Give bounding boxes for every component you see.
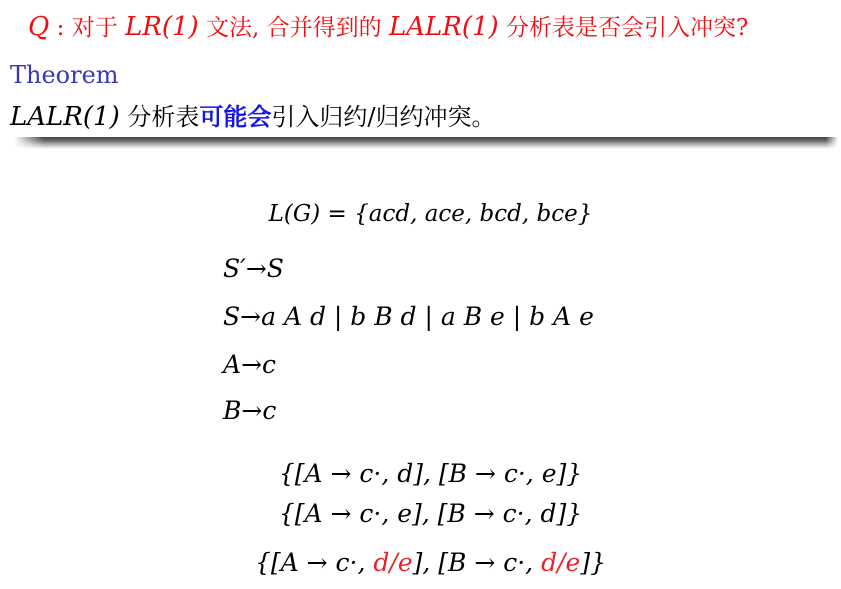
arrow-glyph: → [241,396,262,425]
separator-rule [14,137,838,149]
arrow-glyph: → [246,254,267,283]
rule-rhs: S [267,254,284,283]
question-label: Q [28,12,49,42]
theorem-text-pre: 分析表 [120,103,200,131]
conflict-lookahead-1: d/e [373,548,412,577]
conflict-part-3: ]} [580,548,606,577]
rule-rhs: c [262,350,276,379]
item-set-merged-2: {[A → c·, e], [B → c·, d]} [10,499,841,528]
item-set-merged-1: {[A → c·, d], [B → c·, e]} [10,459,841,488]
rule-lhs: S′ [223,254,246,283]
grammar-rule-b: B→c [223,396,276,425]
theorem-title: Theorem [10,61,119,89]
grammar-rule-s: S→a A d | b B d | a B e | b A e [223,302,594,331]
conflict-part-1: {[A → c·, [255,548,373,577]
grammar-rule-a: A→c [223,350,276,379]
question-math-lalr1: LALR(1) [389,12,499,42]
question-text-2: 文法, 合并得到的 [199,15,389,41]
theorem-text-post: 引入归约/归约冲突。 [271,103,495,131]
language-equation: L(G) = {acd, ace, bcd, bce} [10,201,841,227]
question-separator: : [49,15,71,41]
theorem-body: LALR(1) 分析表可能会引入归约/归约冲突。 [10,97,495,132]
grammar-rule-start: S′→S [223,254,284,283]
rule-lhs: S [223,302,240,331]
rule-lhs: A [223,350,241,379]
slide-root: Q : 对于 LR(1) 文法, 合并得到的 LALR(1) 分析表是否会引入冲… [0,0,841,589]
theorem-math-lalr1: LALR(1) [10,102,120,132]
arrow-glyph: → [241,350,262,379]
conflict-part-2: ], [B → c·, [413,548,541,577]
question-text-3: 分析表是否会引入冲突? [499,15,749,41]
conflict-lookahead-2: d/e [541,548,580,577]
item-set-conflict: {[A → c·, d/e], [B → c·, d/e]} [10,548,841,577]
theorem-emphasis: 可能会 [199,103,271,131]
rule-rhs: c [262,396,276,425]
arrow-glyph: → [240,302,261,331]
question-line: Q : 对于 LR(1) 文法, 合并得到的 LALR(1) 分析表是否会引入冲… [28,9,748,42]
question-text-1: 对于 [72,15,125,41]
rule-rhs: a A d | b B d | a B e | b A e [261,302,594,331]
rule-lhs: B [223,396,241,425]
question-math-lr1: LR(1) [125,12,199,42]
